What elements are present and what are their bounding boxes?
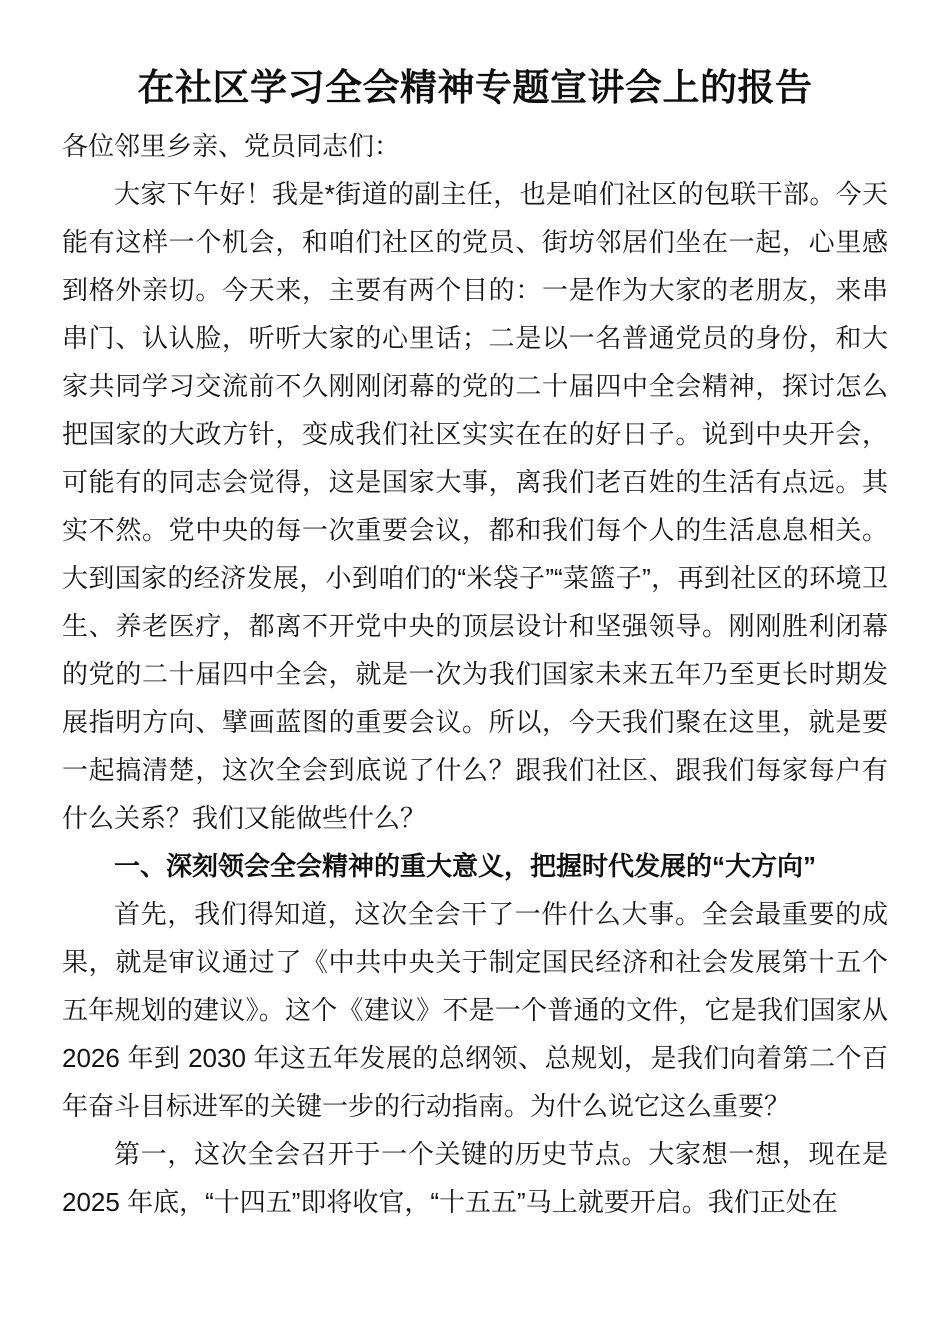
salutation-line: 各位邻里乡亲、党员同志们： (62, 122, 888, 170)
body-paragraph-intro: 大家下午好！我是*街道的副主任，也是咱们社区的包联干部。今天能有这样一个机会，和… (62, 170, 888, 842)
document-page: 在社区学习全会精神专题宣讲会上的报告 各位邻里乡亲、党员同志们： 大家下午好！我… (0, 0, 950, 1344)
document-title: 在社区学习全会精神专题宣讲会上的报告 (62, 64, 888, 112)
section-heading-1: 一、深刻领会全会精神的重大意义，把握时代发展的“大方向” (62, 842, 888, 890)
body-paragraph-first: 首先，我们得知道，这次全会干了一件什么大事。全会最重要的成果，就是审议通过了《中… (62, 890, 888, 1130)
body-paragraph-second: 第一，这次全会召开于一个关键的历史节点。大家想一想，现在是 2025 年底，“十… (62, 1130, 888, 1226)
